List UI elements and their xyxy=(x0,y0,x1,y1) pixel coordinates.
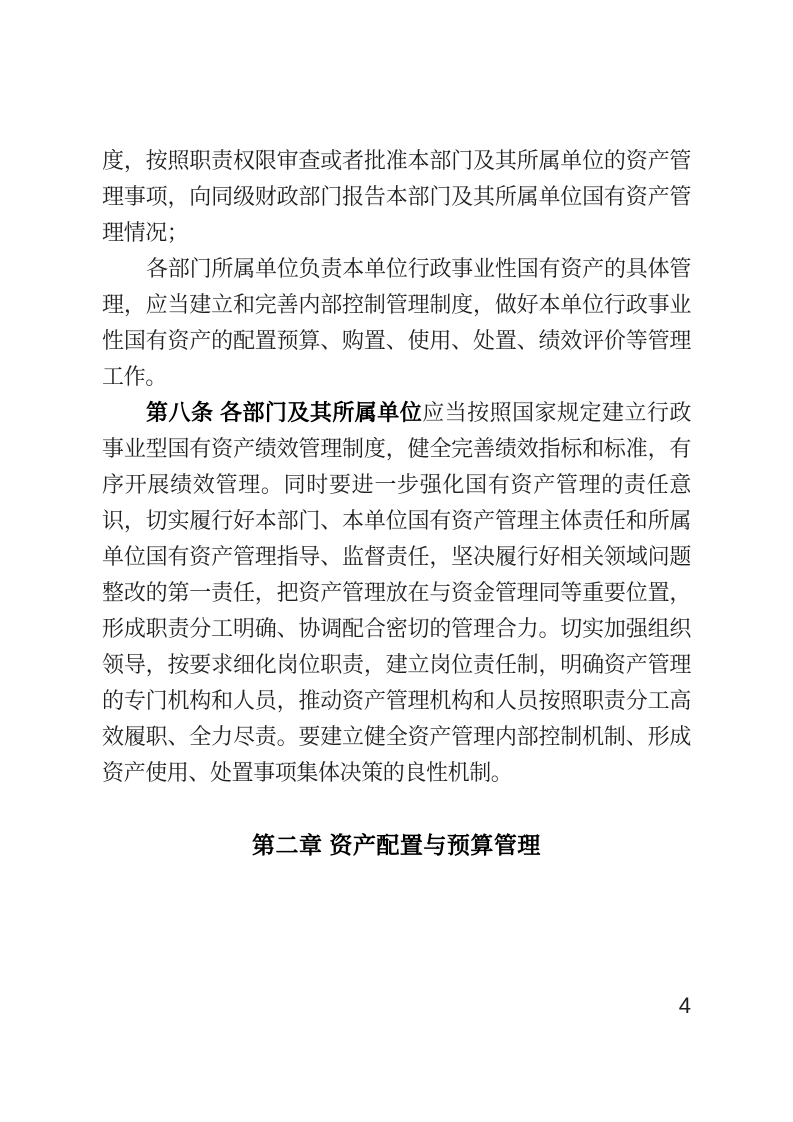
paragraph: 第八条 各部门及其所属单位应当按照国家规定建立行政事业型国有资产绩效管理制度，健… xyxy=(102,395,691,791)
paragraph: 各部门所属单位负责本单位行政事业性国有资产的具体管理，应当建立和完善内部控制管理… xyxy=(102,251,691,395)
body-text: 度，按照职责权限审查或者批准本部门及其所属单位的资产管理事项，向同级财政部门报告… xyxy=(102,148,691,245)
document-body: 度，按照职责权限审查或者批准本部门及其所属单位的资产管理事项，向同级财政部门报告… xyxy=(102,143,691,863)
chapter-heading: 第二章 资产配置与预算管理 xyxy=(102,827,691,863)
paragraphs: 度，按照职责权限审查或者批准本部门及其所属单位的资产管理事项，向同级财政部门报告… xyxy=(102,143,691,791)
page-number: 4 xyxy=(679,994,691,1018)
document-page: 度，按照职责权限审查或者批准本部门及其所属单位的资产管理事项，向同级财政部门报告… xyxy=(0,0,793,1122)
paragraph: 度，按照职责权限审查或者批准本部门及其所属单位的资产管理事项，向同级财政部门报告… xyxy=(102,143,691,251)
body-text: 各部门所属单位负责本单位行政事业性国有资产的具体管理，应当建立和完善内部控制管理… xyxy=(102,256,691,389)
body-text: 应当按照国家规定建立行政事业型国有资产绩效管理制度，健全完善绩效指标和标准，有序… xyxy=(102,400,691,785)
article-lead-bold-text: 第八条 各部门及其所属单位 xyxy=(146,400,422,425)
